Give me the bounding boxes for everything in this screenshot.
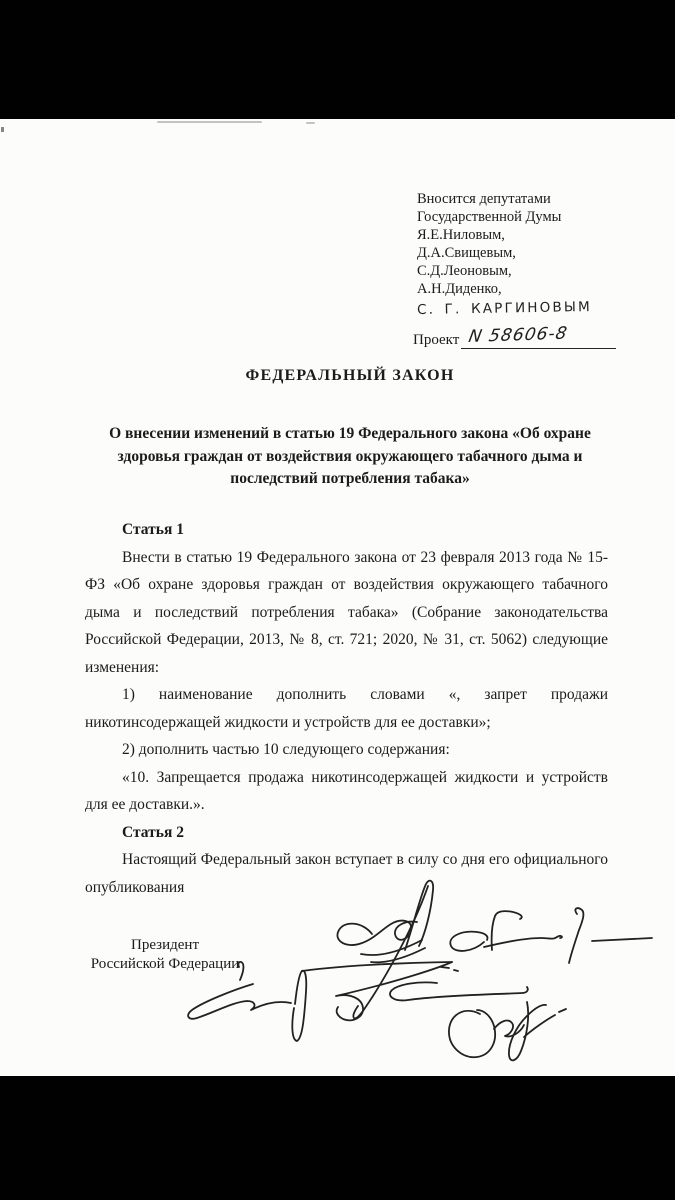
signature-b-wave	[484, 936, 562, 947]
article-1-paragraph: «10. Запрещается продажа никотинсодержащ…	[85, 764, 608, 819]
submitters-line: А.Н.Диденко,	[417, 280, 667, 298]
article-1-paragraph: Внести в статью 19 Федерального закона о…	[85, 544, 608, 682]
document-page: Вносится депутатами Государственной Думы…	[0, 119, 675, 1076]
submitters-line: Д.А.Свищевым,	[417, 244, 667, 262]
signature-a-loop	[405, 881, 433, 950]
submitters-line: Государственной Думы	[417, 208, 667, 226]
signature-e-oval	[449, 1010, 495, 1057]
signature-c-sweep	[188, 984, 291, 1019]
screenshot-root: Вносится депутатами Государственной Думы…	[0, 0, 675, 1200]
signature-c-swoosh	[390, 982, 528, 1000]
letterbox-top	[0, 0, 675, 119]
signature-a-underline	[361, 940, 425, 962]
submitters-line: Вносится депутатами	[417, 190, 667, 208]
project-label: Проект	[413, 332, 459, 348]
document-title: ФЕДЕРАЛЬНЫЙ ЗАКОН	[88, 367, 612, 385]
article-1-paragraph: 2) дополнить частью 10 следующего содерж…	[85, 736, 608, 764]
signature-b-oval	[450, 932, 487, 951]
handwritten-signatures	[175, 874, 675, 1076]
letterbox-bottom	[0, 1076, 675, 1200]
submitters-line: Я.Е.Ниловым,	[417, 226, 667, 244]
project-number-underline: N 58606-8	[461, 326, 616, 349]
signature-b-dash	[441, 938, 652, 971]
signature-c-tick	[238, 962, 243, 980]
document-subtitle: О внесении изменений в статью 19 Федерал…	[88, 423, 612, 491]
scan-smudge	[306, 122, 315, 124]
article-2-heading: Статья 2	[85, 819, 608, 847]
article-1-heading: Статья 1	[85, 516, 608, 544]
document-body: Статья 1 Внести в статью 19 Федерального…	[85, 516, 608, 901]
handwritten-deputy-name: С. Г. КАРГИНОВЫМ	[417, 296, 667, 318]
article-1-paragraph: 1) наименование дополнить словами «, зап…	[85, 681, 608, 736]
submitters-block: Вносится депутатами Государственной Думы…	[417, 190, 667, 319]
signature-e-f	[509, 1002, 546, 1060]
signature-c-descender	[292, 971, 306, 1041]
signature-e-squiggle	[494, 1021, 524, 1037]
handwritten-project-number: N 58606-8	[467, 324, 569, 347]
project-number-line: ПроектN 58606-8	[413, 326, 616, 349]
signature-c-five	[336, 962, 452, 1020]
scan-smudge	[157, 121, 262, 123]
signature-a-scribble	[337, 921, 417, 945]
scan-edge-mark	[1, 127, 4, 132]
submitters-line: С.Д.Леоновым,	[417, 262, 667, 280]
signature-b-slash	[569, 908, 583, 963]
